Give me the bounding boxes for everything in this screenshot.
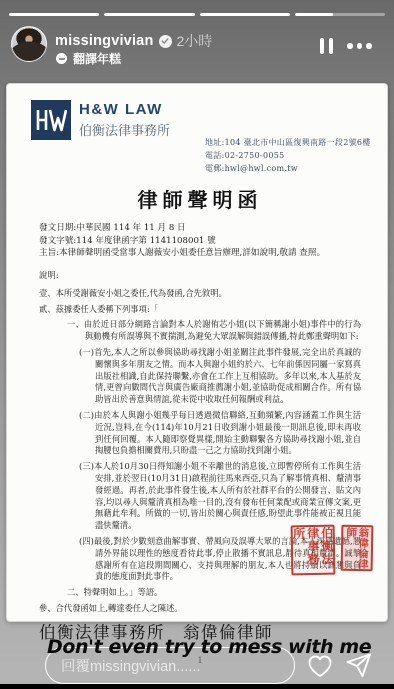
translate-icon	[56, 53, 67, 64]
story-overlay-text: Don't even try to mess with me	[47, 636, 357, 658]
letter-paragraph: 一、由於近日部分網路言論對本人於謝侑芯小姐(以下簡稱謝小姐)事件中的行為與動機有…	[39, 319, 361, 343]
lawyer-seal: 翁偉倫律師	[341, 525, 374, 572]
instagram-story-view: missingvivian 2小時 翻譯年糕 H&W LAW 伯衡法律事務所 地…	[0, 0, 394, 689]
letter-paragraph: (一)首先,本人之所以參與協助尋找謝小姐並關注此事件發展,完全出於真誠的關懷與多…	[39, 347, 361, 406]
firm-name-en: H&W LAW	[79, 101, 170, 118]
seals: 伯衡法律事務所 翁偉倫律師	[291, 525, 373, 575]
story-header: missingvivian 2小時	[55, 31, 212, 51]
firm-contact-info: 地址:104 臺北市中山區復興南路一段2號6樓 電話:02-2750-0055 …	[205, 136, 371, 175]
verified-badge-icon	[159, 35, 172, 48]
letterhead: H&W LAW 伯衡法律事務所	[31, 100, 170, 140]
bottom-bar	[0, 684, 394, 689]
letter-explain-label: 說明:	[39, 269, 361, 281]
story-progress-segment	[9, 13, 99, 16]
firm-phone: 電話:02-2750-0055	[205, 149, 371, 162]
firm-address: 地址:104 臺北市中山區復興南路一段2號6樓	[205, 136, 371, 149]
letter-meta: 發文日期:中華民國 114 年 11 月 8 日 發文字號:114 年度律函字第…	[39, 222, 361, 260]
letter-ref-number: 發文字號:114 年度律函字第 1141108001 號	[39, 235, 361, 248]
story-progress	[9, 13, 385, 16]
username[interactable]: missingvivian	[55, 33, 154, 49]
letter-subject: 主旨:本律師聲明函受當事人謝薇安小姐委任意旨辦理,詳如說明,敬請 查照。	[39, 247, 361, 260]
more-options-button[interactable]	[347, 43, 372, 49]
letter-paragraph: 二、特聲明如上。」等語。	[39, 587, 361, 599]
translate-button[interactable]: 翻譯年糕	[56, 50, 121, 67]
story-timestamp: 2小時	[177, 31, 213, 51]
story-progress-segment	[104, 13, 194, 16]
firm-name-zh: 伯衡法律事務所	[79, 120, 170, 139]
story-progress-segment	[295, 13, 385, 16]
letter-paragraph: (二)由於本人與謝小姐幾乎每日透過微信聯絡,互動頻繁,內容涵蓋工作與生活近況,豈…	[39, 410, 361, 457]
letter-paragraph: 參、合代發函如上,轉達委任人之陳述。	[39, 603, 361, 615]
pause-button[interactable]	[320, 38, 334, 54]
letter-paragraph: 貳、茲據委任人委稱下列事項:「	[39, 304, 361, 316]
letter-title: 律師聲明函	[39, 184, 361, 213]
firm-logo-icon	[31, 100, 71, 140]
letter-paragraph: (三)本人於10月30日得知謝小姐不幸離世的消息後,立即暫停所有工作與生活安排,…	[39, 461, 361, 532]
avatar[interactable]	[11, 26, 47, 62]
reply-placeholder: 回覆missingvivian......	[61, 655, 200, 676]
firm-seal: 伯衡法律事務所	[291, 525, 336, 576]
firm-email: 電郵:hwl@hwl.com.tw	[205, 162, 371, 175]
legal-document: H&W LAW 伯衡法律事務所 地址:104 臺北市中山區復興南路一段2號6樓 …	[6, 83, 388, 622]
story-progress-segment	[200, 13, 290, 16]
letter-paragraph: 壹、本所受謝薇安小姐之委任,代為發函,合先敘明。	[39, 288, 361, 300]
translate-label: 翻譯年糕	[73, 50, 121, 67]
letter-date: 發文日期:中華民國 114 年 11 月 8 日	[39, 222, 361, 235]
